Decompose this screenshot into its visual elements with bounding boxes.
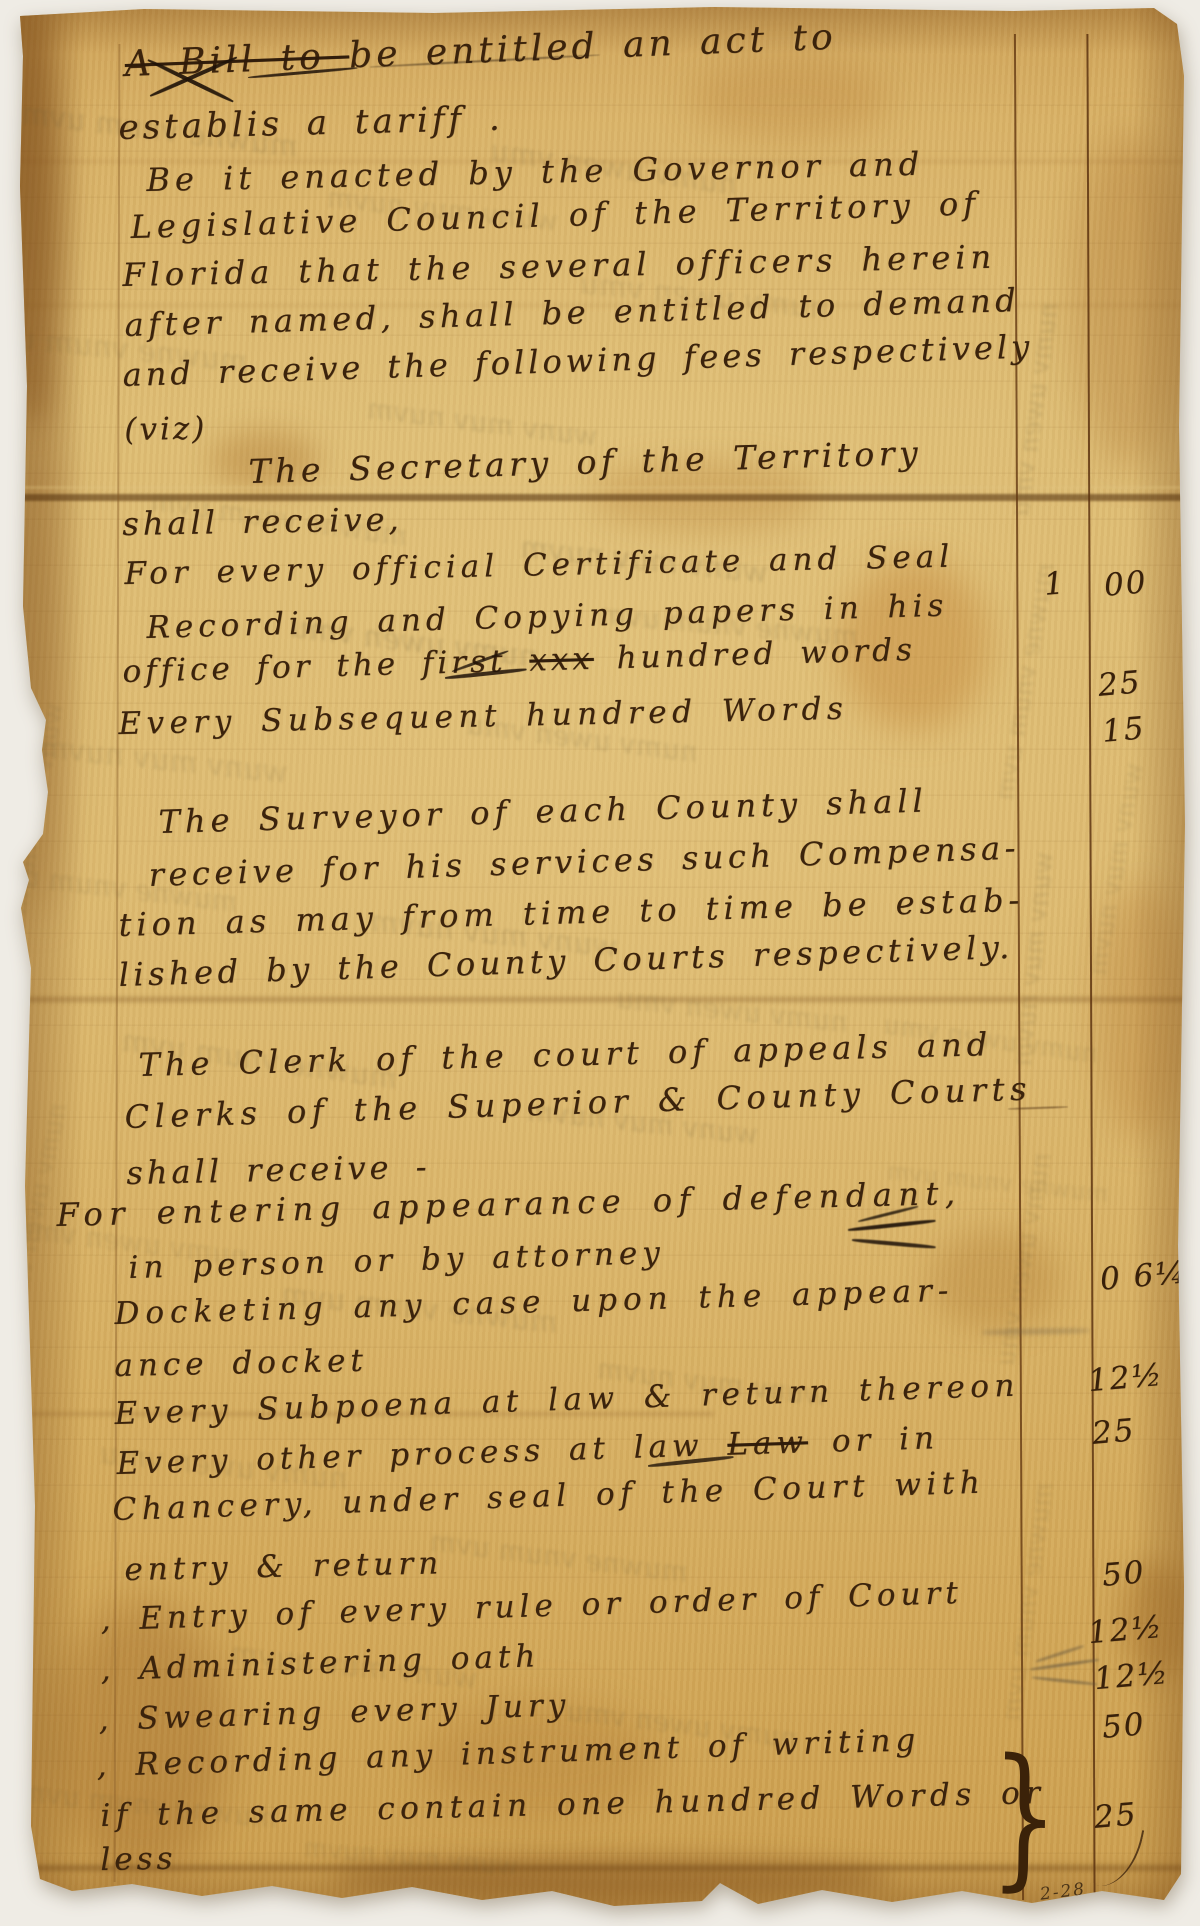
ink-blot — [990, 138, 1002, 152]
handwritten-text: The Surveyor of each County shall — [158, 782, 928, 841]
handwritten-text: office for the first — [122, 643, 530, 690]
manuscript-line-viz: (viz) — [124, 411, 208, 448]
ink-blot — [1045, 84, 1112, 117]
bleedthrough-text: numv uwen vmu — [990, 1150, 1057, 1369]
struck-text: A Bill — [124, 38, 281, 85]
handwritten-text: entry & return — [124, 1545, 443, 1588]
fold-crease — [14, 997, 1190, 1002]
bleedthrough-text: wunv muv nuvm — [1083, 760, 1150, 978]
handwritten-text: if the same contain one hundred Words or — [100, 1775, 1046, 1834]
handwritten-text: (viz) — [124, 411, 208, 448]
bleedthrough-text: wunv muv nuvm — [3, 700, 70, 918]
stain — [690, 60, 890, 140]
pen-stroke — [852, 1238, 936, 1249]
fee-cents-s2b: 25 — [1097, 664, 1143, 704]
paper-shadow-wrap: muwne vnum uvmwunv muv nuvmnumv uwen vmu… — [0, 0, 1200, 1926]
struck-text: to — [280, 35, 350, 79]
manuscript-line-h_sec2: shall receive, — [122, 500, 403, 543]
handwritten-text: shall receive - — [126, 1148, 431, 1192]
ink-blot — [970, 116, 980, 128]
stain — [330, 1856, 890, 1900]
ink-blot — [1004, 156, 1011, 164]
fee-cents-c5: 12½ — [1087, 1609, 1165, 1651]
manuscript-page: muwne vnum uvmwunv muv nuvmnumv uwen vmu… — [14, 6, 1190, 1912]
handwritten-text: shall receive, — [122, 500, 403, 543]
manuscript-line-c1b: in person or by attorney — [128, 1235, 665, 1286]
stain — [2, 6, 62, 426]
bleedthrough-text: muwne vnum uvm — [428, 1524, 690, 1588]
fee-cents-c4c: 50 — [1101, 1554, 1147, 1594]
struck-text: Law — [727, 1424, 809, 1463]
handwritten-text: or in — [807, 1420, 939, 1460]
manuscript-line-cl3: shall receive - — [126, 1148, 431, 1192]
manuscript-line-t1: A Bill to be entitled an act to — [124, 17, 837, 85]
manuscript-line-c8c: less — [100, 1841, 177, 1878]
handwritten-text: in person or by attorney — [128, 1235, 665, 1286]
pen-stroke — [848, 1219, 936, 1232]
ink-blot — [1094, 16, 1130, 48]
manuscript-line-c8b: if the same contain one hundred Words or — [100, 1775, 1046, 1834]
grouping-brace: } — [989, 1738, 1060, 1894]
manuscript-line-c4c: entry & return — [124, 1545, 443, 1588]
stain — [1075, 130, 1185, 470]
fold-crease — [14, 486, 1190, 489]
pen-stroke — [1032, 1676, 1098, 1686]
manuscript-line-t2: establis a tariff . — [118, 99, 504, 148]
fee-cents-s3: 15 — [1101, 710, 1147, 750]
handwritten-text: hundred words — [593, 632, 916, 677]
handwritten-text: ance docket — [114, 1343, 368, 1384]
pen-stroke — [1030, 1658, 1100, 1671]
handwritten-text: establis a tariff . — [118, 99, 504, 148]
manuscript-line-h_sec: The Secretary of the Territory — [248, 433, 923, 491]
fee-cents-c3: 25 — [1091, 1412, 1137, 1452]
ink-blot — [950, 146, 956, 153]
fee-cents-s1: 00 — [1103, 564, 1149, 604]
handwritten-text: be entitled an act to — [348, 17, 837, 77]
stain — [1096, 880, 1186, 1140]
stain — [50, 1600, 230, 1880]
bleedthrough-text: muwne vnum uvm — [996, 1480, 1059, 1723]
page-number-note: 2-28 — [1039, 1879, 1087, 1904]
ink-blot — [58, 788, 68, 802]
fee-cents-c7: 50 — [1101, 1706, 1147, 1746]
ink-blot — [1031, 57, 1069, 106]
handwritten-text: , Swearing every Jury — [98, 1687, 571, 1738]
fee-cents-c6: 12½ — [1093, 1655, 1171, 1697]
ink-blot — [1140, 40, 1146, 47]
pen-stroke — [982, 1328, 1090, 1335]
manuscript-line-s3: Every Subsequent hundred Words — [118, 691, 849, 742]
fee-dollars-s1: 1 — [1042, 565, 1067, 603]
scan-background: muwne vnum uvmwunv muv nuvmnumv uwen vmu… — [0, 0, 1200, 1926]
manuscript-line-sur1: The Surveyor of each County shall — [158, 782, 928, 841]
manuscript-line-c7: , Swearing every Jury — [98, 1687, 571, 1738]
fee-cents-c2b: 12½ — [1087, 1357, 1165, 1399]
pen-stroke — [1036, 1645, 1084, 1663]
manuscript-line-s1: For every official Certificate and Seal — [124, 539, 954, 592]
handwritten-text: Every other process at law — [116, 1427, 728, 1482]
ink-blot — [1032, 94, 1041, 104]
manuscript-line-c6: , Administering oath — [100, 1638, 541, 1688]
ink-blot — [892, 120, 897, 126]
struck-text: xxx — [529, 641, 594, 679]
handwritten-text: For every official Certificate and Seal — [124, 539, 954, 592]
fee-cents-c1b: 0 6¼ — [1099, 1254, 1189, 1297]
ink-blot — [1184, 28, 1191, 36]
ink-blot — [1168, 64, 1173, 70]
bleedthrough-text: wunv muv nuvm — [302, 1833, 520, 1882]
ink-blot — [49, 741, 71, 789]
ink-blot — [1016, 106, 1022, 113]
stain — [16, 360, 64, 920]
handwritten-text: , Administering oath — [100, 1638, 541, 1688]
manuscript-line-c2b: ance docket — [114, 1343, 368, 1384]
ink-blot — [1050, 18, 1116, 91]
handwritten-text: The Secretary of the Territory — [248, 433, 923, 491]
fold-crease — [14, 494, 1190, 501]
handwritten-text: Every Subsequent hundred Words — [118, 691, 849, 742]
handwritten-text: less — [100, 1841, 177, 1878]
ink-blot — [936, 126, 944, 136]
